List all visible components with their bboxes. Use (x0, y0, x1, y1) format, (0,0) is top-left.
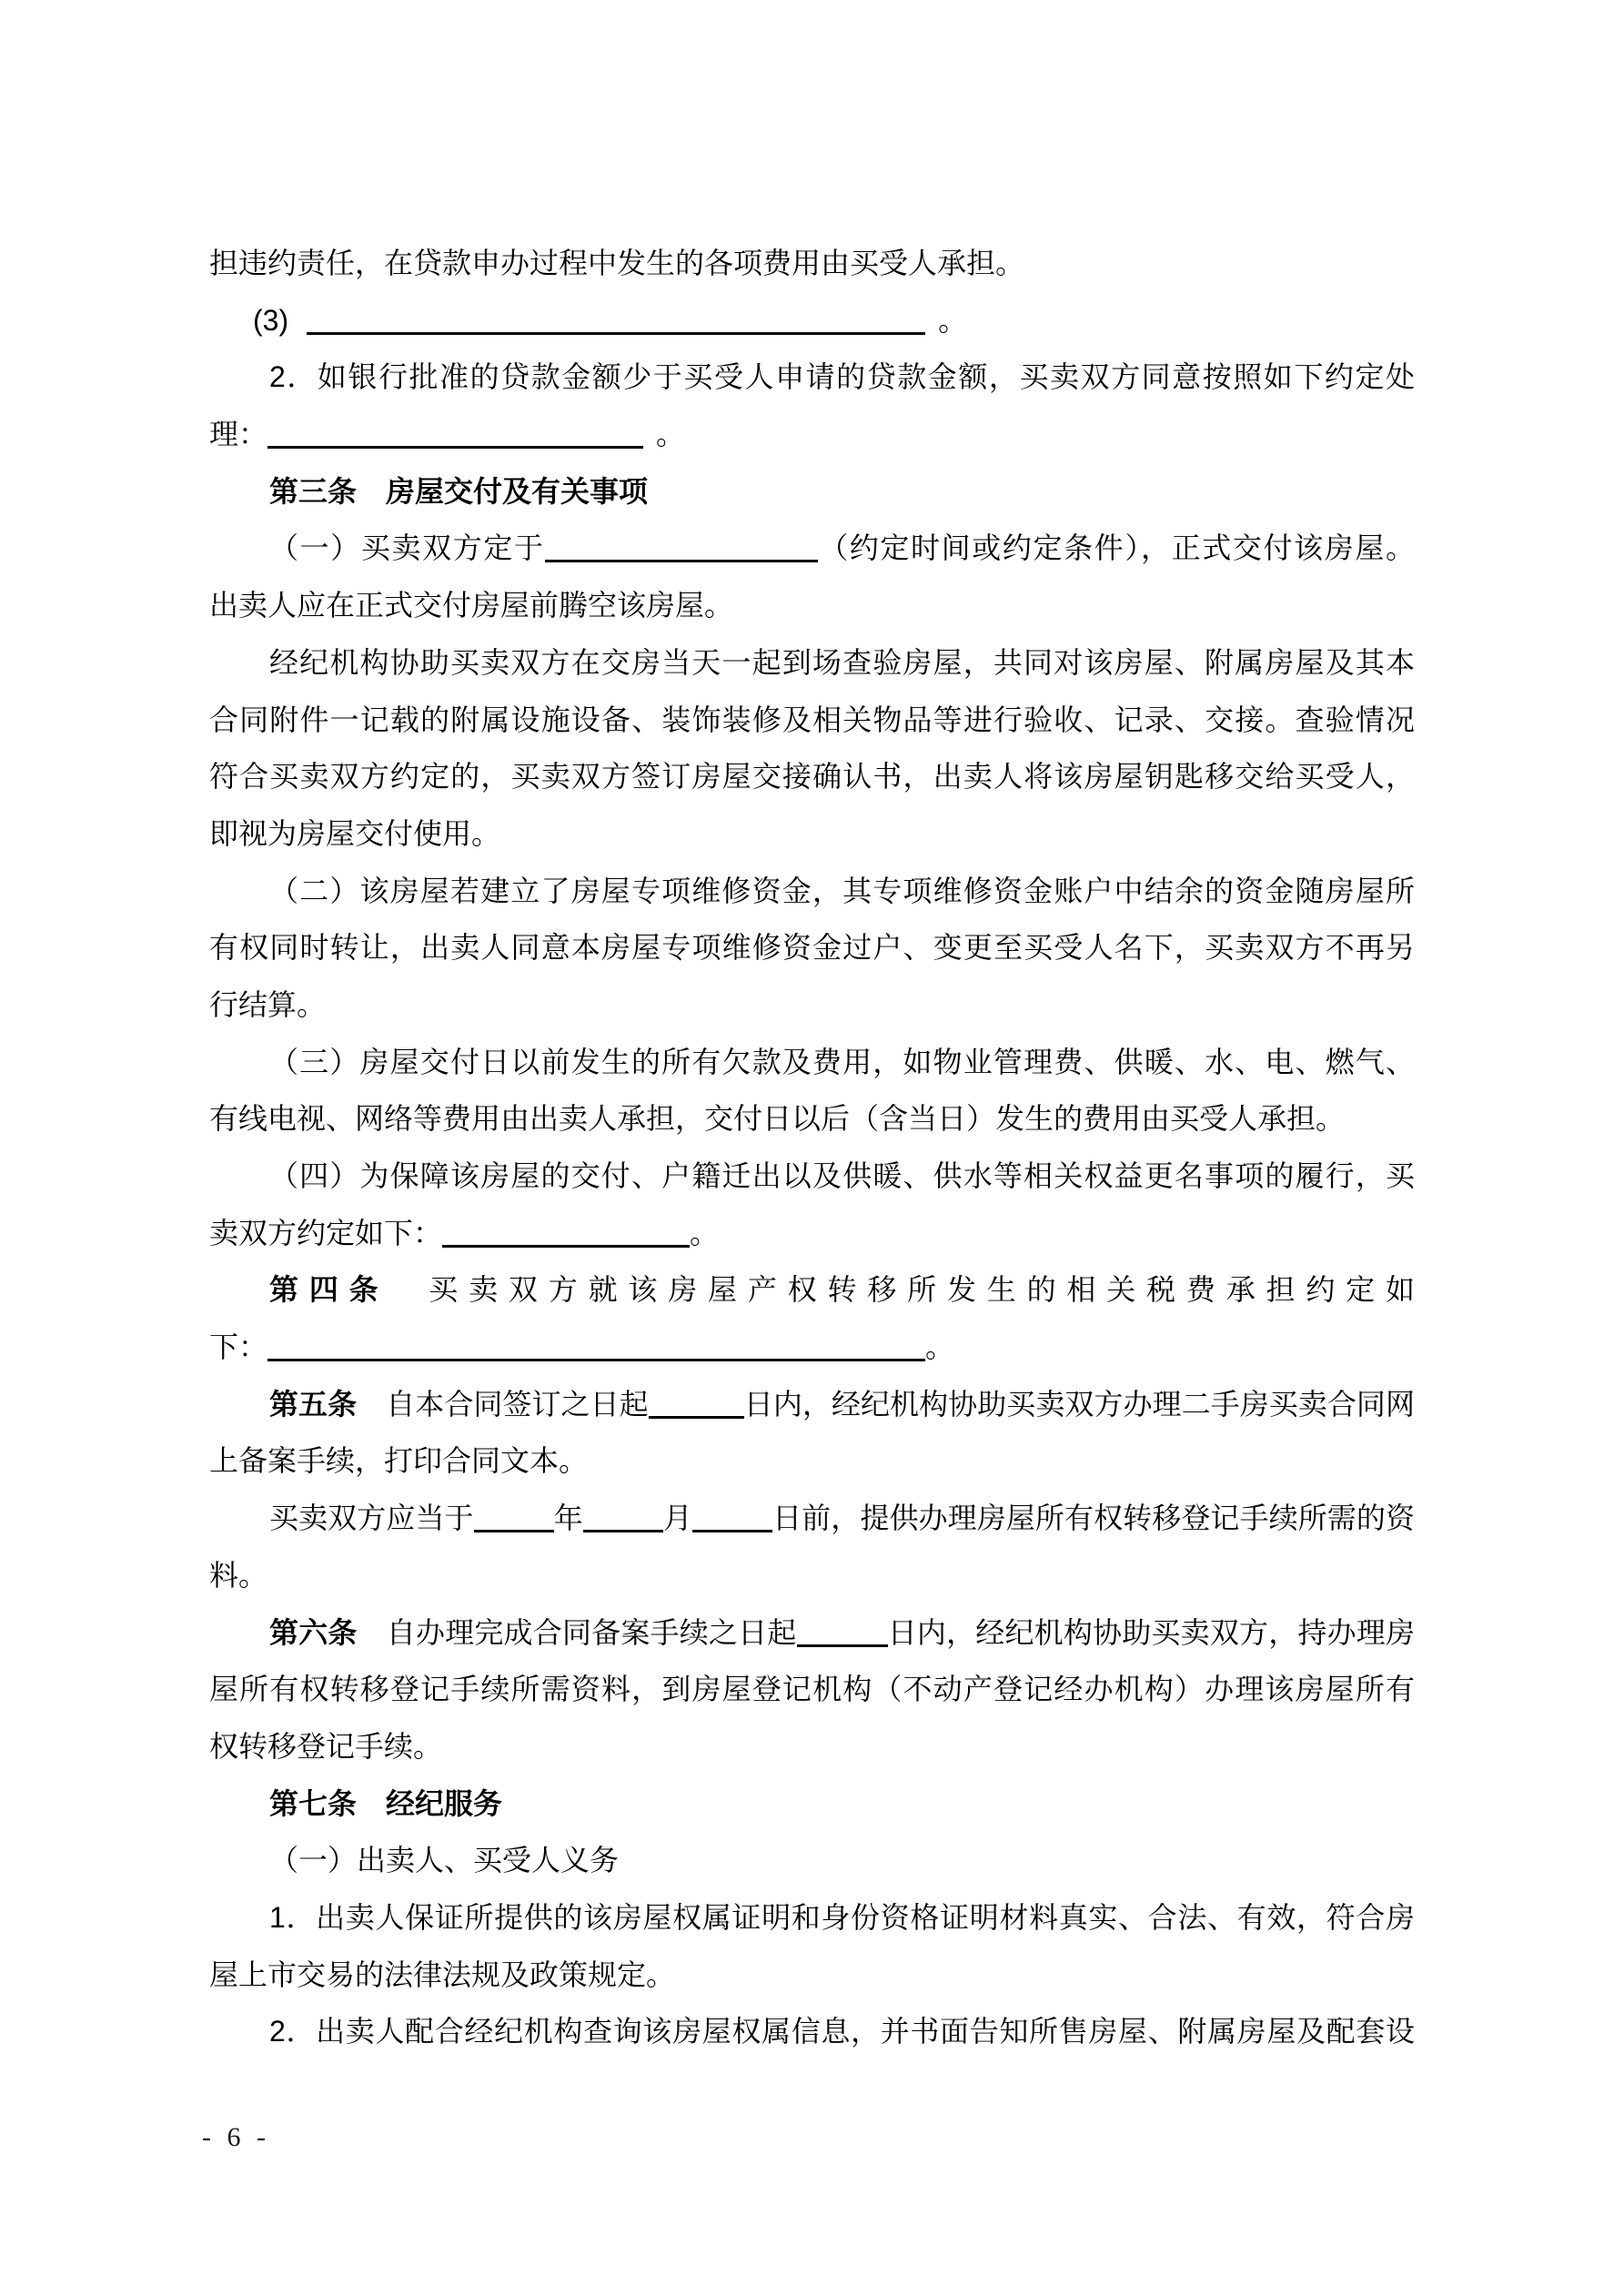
body-text: 年 (554, 1502, 583, 1534)
body-text: 经纪机构协助买卖双方在交房当天一起到场查验房屋，共同对该房屋、附属房屋及其本 (269, 646, 1415, 679)
body-text: 月 (663, 1502, 692, 1534)
body-text: 卖双方约定如下： (209, 1217, 442, 1249)
body-text: (3) (253, 304, 288, 337)
body-text: （一）买卖双方定于 (269, 531, 545, 564)
body-text: 1．出卖人保证所提供的该房屋权属证明和身份资格证明材料真实、合法、有效，符合房 (269, 1901, 1415, 1934)
body-text: 屋上市交易的法律法规及政策规定。 (209, 1958, 675, 1991)
body-text: 自本合同签订之日起 (357, 1388, 649, 1421)
body-text: 。 (690, 1217, 719, 1249)
text-line: 下：。 (209, 1319, 1415, 1376)
text-line: 出卖人应在正式交付房屋前腾空该房屋。 (209, 577, 1415, 634)
body-text: 有线电视、网络等费用由出卖人承担，交付日以后（含当日）发生的费用由买受人承担。 (209, 1102, 1345, 1135)
body-text: 买卖双方应当于 (269, 1502, 474, 1534)
text-line: 权转移登记手续。 (209, 1718, 1415, 1775)
text-line: 经纪机构协助买卖双方在交房当天一起到场查验房屋，共同对该房屋、附属房屋及其本 (209, 634, 1415, 692)
text-line: 上备案手续，打印合同文本。 (209, 1432, 1415, 1490)
body-text: 。 (925, 1330, 954, 1363)
clause-heading-text: 第三条 房屋交付及有关事项 (269, 475, 648, 508)
text-line: 卖双方约定如下：。 (209, 1205, 1415, 1262)
body-text: 。 (656, 418, 685, 450)
text-line: 1．出卖人保证所提供的该房屋权属证明和身份资格证明材料真实、合法、有效，符合房 (209, 1889, 1415, 1947)
body-text: （二）该房屋若建立了房屋专项维修资金，其专项维修资金账户中结余的资金随房屋所 (269, 875, 1415, 907)
text-line: （一）买卖双方定于（约定时间或约定条件），正式交付该房屋。 (209, 520, 1415, 577)
clause-heading-text: 第四条 (269, 1273, 388, 1306)
body-text: 。 (938, 304, 967, 337)
body-text: 行结算。 (209, 988, 326, 1021)
text-line: 合同附件一记载的附属设施设备、装饰装修及相关物品等进行验收、记录、交接。查验情况 (209, 692, 1415, 749)
text-line: 有权同时转让，出卖人同意本房屋专项维修资金过户、变更至买受人名下，买卖双方不再另 (209, 919, 1415, 976)
body-text: 买卖双方就该房屋产权转移所发生的相关税费承担约定如 (388, 1273, 1415, 1306)
text-line: （二）该房屋若建立了房屋专项维修资金，其专项维修资金账户中结余的资金随房屋所 (209, 863, 1415, 920)
body-text: 2．出卖人配合经纪机构查询该房屋权属信息，并书面告知所售房屋、附属房屋及配套设 (269, 2015, 1415, 2048)
text-line: 屋所有权转移登记手续所需资料，到房屋登记机构（不动产登记经办机构）办理该房屋所有 (209, 1661, 1415, 1718)
clause-heading-text: 第七条 经纪服务 (269, 1787, 502, 1820)
blank-field (267, 1331, 925, 1361)
body-text: （约定时间或约定条件），正式交付该房屋。 (818, 531, 1415, 564)
body-text: 上备案手续，打印合同文本。 (209, 1444, 588, 1477)
text-line: 第七条 经纪服务 (209, 1775, 1415, 1833)
text-line: (3)。 (209, 292, 1415, 349)
blank-field (649, 1389, 744, 1419)
blank-field (442, 1218, 690, 1248)
body-text: （三）房屋交付日以前发生的所有欠款及费用，如物业管理费、供暖、水、电、燃气、 (269, 1046, 1415, 1078)
clause-heading-text: 第五条 (269, 1388, 357, 1421)
body-text: 符合买卖双方约定的，买卖双方签订房屋交接确认书，出卖人将该房屋钥匙移交给买受人， (209, 760, 1415, 793)
body-text: （一）出卖人、买受人义务 (269, 1844, 619, 1876)
blank-field (474, 1502, 554, 1532)
clause-heading-text: 第六条 (269, 1616, 358, 1649)
text-line: 第五条 自本合同签订之日起日内，经纪机构协助买卖双方办理二手房买卖合同网 (209, 1376, 1415, 1433)
text-line: （一）出卖人、买受人义务 (209, 1832, 1415, 1889)
text-line: 即视为房屋交付使用。 (209, 805, 1415, 863)
text-line: 2．如银行批准的贷款金额少于买受人申请的贷款金额，买卖双方同意按照如下约定处 (209, 349, 1415, 406)
page-footer: - 6 - (202, 2122, 270, 2153)
body-text: 担违约责任，在贷款申办过程中发生的各项费用由买受人承担。 (209, 247, 1024, 279)
page-number: - 6 - (202, 2122, 270, 2152)
body-text: 有权同时转让，出卖人同意本房屋专项维修资金过户、变更至买受人名下，买卖双方不再另 (209, 931, 1415, 964)
text-line: 符合买卖双方约定的，买卖双方签订房屋交接确认书，出卖人将该房屋钥匙移交给买受人， (209, 748, 1415, 805)
text-line: 第三条 房屋交付及有关事项 (209, 463, 1415, 521)
body-text: 自办理完成合同备案手续之日起 (358, 1616, 797, 1649)
blank-field (267, 419, 643, 449)
document-body: 担违约责任，在贷款申办过程中发生的各项费用由买受人承担。(3)。2．如银行批准的… (209, 235, 1415, 2060)
body-text: 下： (209, 1330, 267, 1363)
text-line: 2．出卖人配合经纪机构查询该房屋权属信息，并书面告知所售房屋、附属房屋及配套设 (209, 2003, 1415, 2060)
blank-field (583, 1502, 663, 1532)
body-text: 日内，经纪机构协助买卖双方办理二手房买卖合同网 (744, 1388, 1415, 1421)
body-text: 出卖人应在正式交付房屋前腾空该房屋。 (209, 589, 733, 622)
text-line: 屋上市交易的法律法规及政策规定。 (209, 1947, 1415, 2004)
blank-field (692, 1502, 772, 1532)
blank-field (307, 305, 925, 335)
text-line: 第四条 买卖双方就该房屋产权转移所发生的相关税费承担约定如 (209, 1261, 1415, 1319)
body-text: 料。 (209, 1559, 267, 1592)
body-text: 屋所有权转移登记手续所需资料，到房屋登记机构（不动产登记经办机构）办理该房屋所有 (209, 1673, 1415, 1705)
body-text: 2．如银行批准的贷款金额少于买受人申请的贷款金额，买卖双方同意按照如下约定处 (269, 360, 1415, 393)
text-line: 第六条 自办理完成合同备案手续之日起日内，经纪机构协助买卖双方，持办理房 (209, 1604, 1415, 1662)
text-line: 理：。 (209, 406, 1415, 463)
body-text: 日内，经纪机构协助买卖双方，持办理房 (888, 1616, 1415, 1649)
body-text: （四）为保障该房屋的交付、户籍迁出以及供暖、供水等相关权益更名事项的履行，买 (269, 1159, 1415, 1192)
text-line: 行结算。 (209, 976, 1415, 1034)
blank-field (797, 1617, 888, 1647)
text-line: 买卖双方应当于年月日前，提供办理房屋所有权转移登记手续所需的资 (209, 1490, 1415, 1547)
body-text: 理： (209, 418, 267, 450)
contract-page: 担违约责任，在贷款申办过程中发生的各项费用由买受人承担。(3)。2．如银行批准的… (0, 0, 1624, 2296)
text-line: （三）房屋交付日以前发生的所有欠款及费用，如物业管理费、供暖、水、电、燃气、 (209, 1034, 1415, 1091)
body-text: 日前，提供办理房屋所有权转移登记手续所需的资 (772, 1502, 1415, 1534)
blank-field (545, 532, 818, 562)
body-text: 合同附件一记载的附属设施设备、装饰装修及相关物品等进行验收、记录、交接。查验情况 (209, 703, 1415, 736)
text-line: 料。 (209, 1547, 1415, 1604)
text-line: （四）为保障该房屋的交付、户籍迁出以及供暖、供水等相关权益更名事项的履行，买 (209, 1148, 1415, 1205)
text-line: 有线电视、网络等费用由出卖人承担，交付日以后（含当日）发生的费用由买受人承担。 (209, 1090, 1415, 1148)
text-line: 担违约责任，在贷款申办过程中发生的各项费用由买受人承担。 (209, 235, 1415, 292)
body-text: 即视为房屋交付使用。 (209, 817, 500, 850)
body-text: 权转移登记手续。 (209, 1730, 442, 1763)
